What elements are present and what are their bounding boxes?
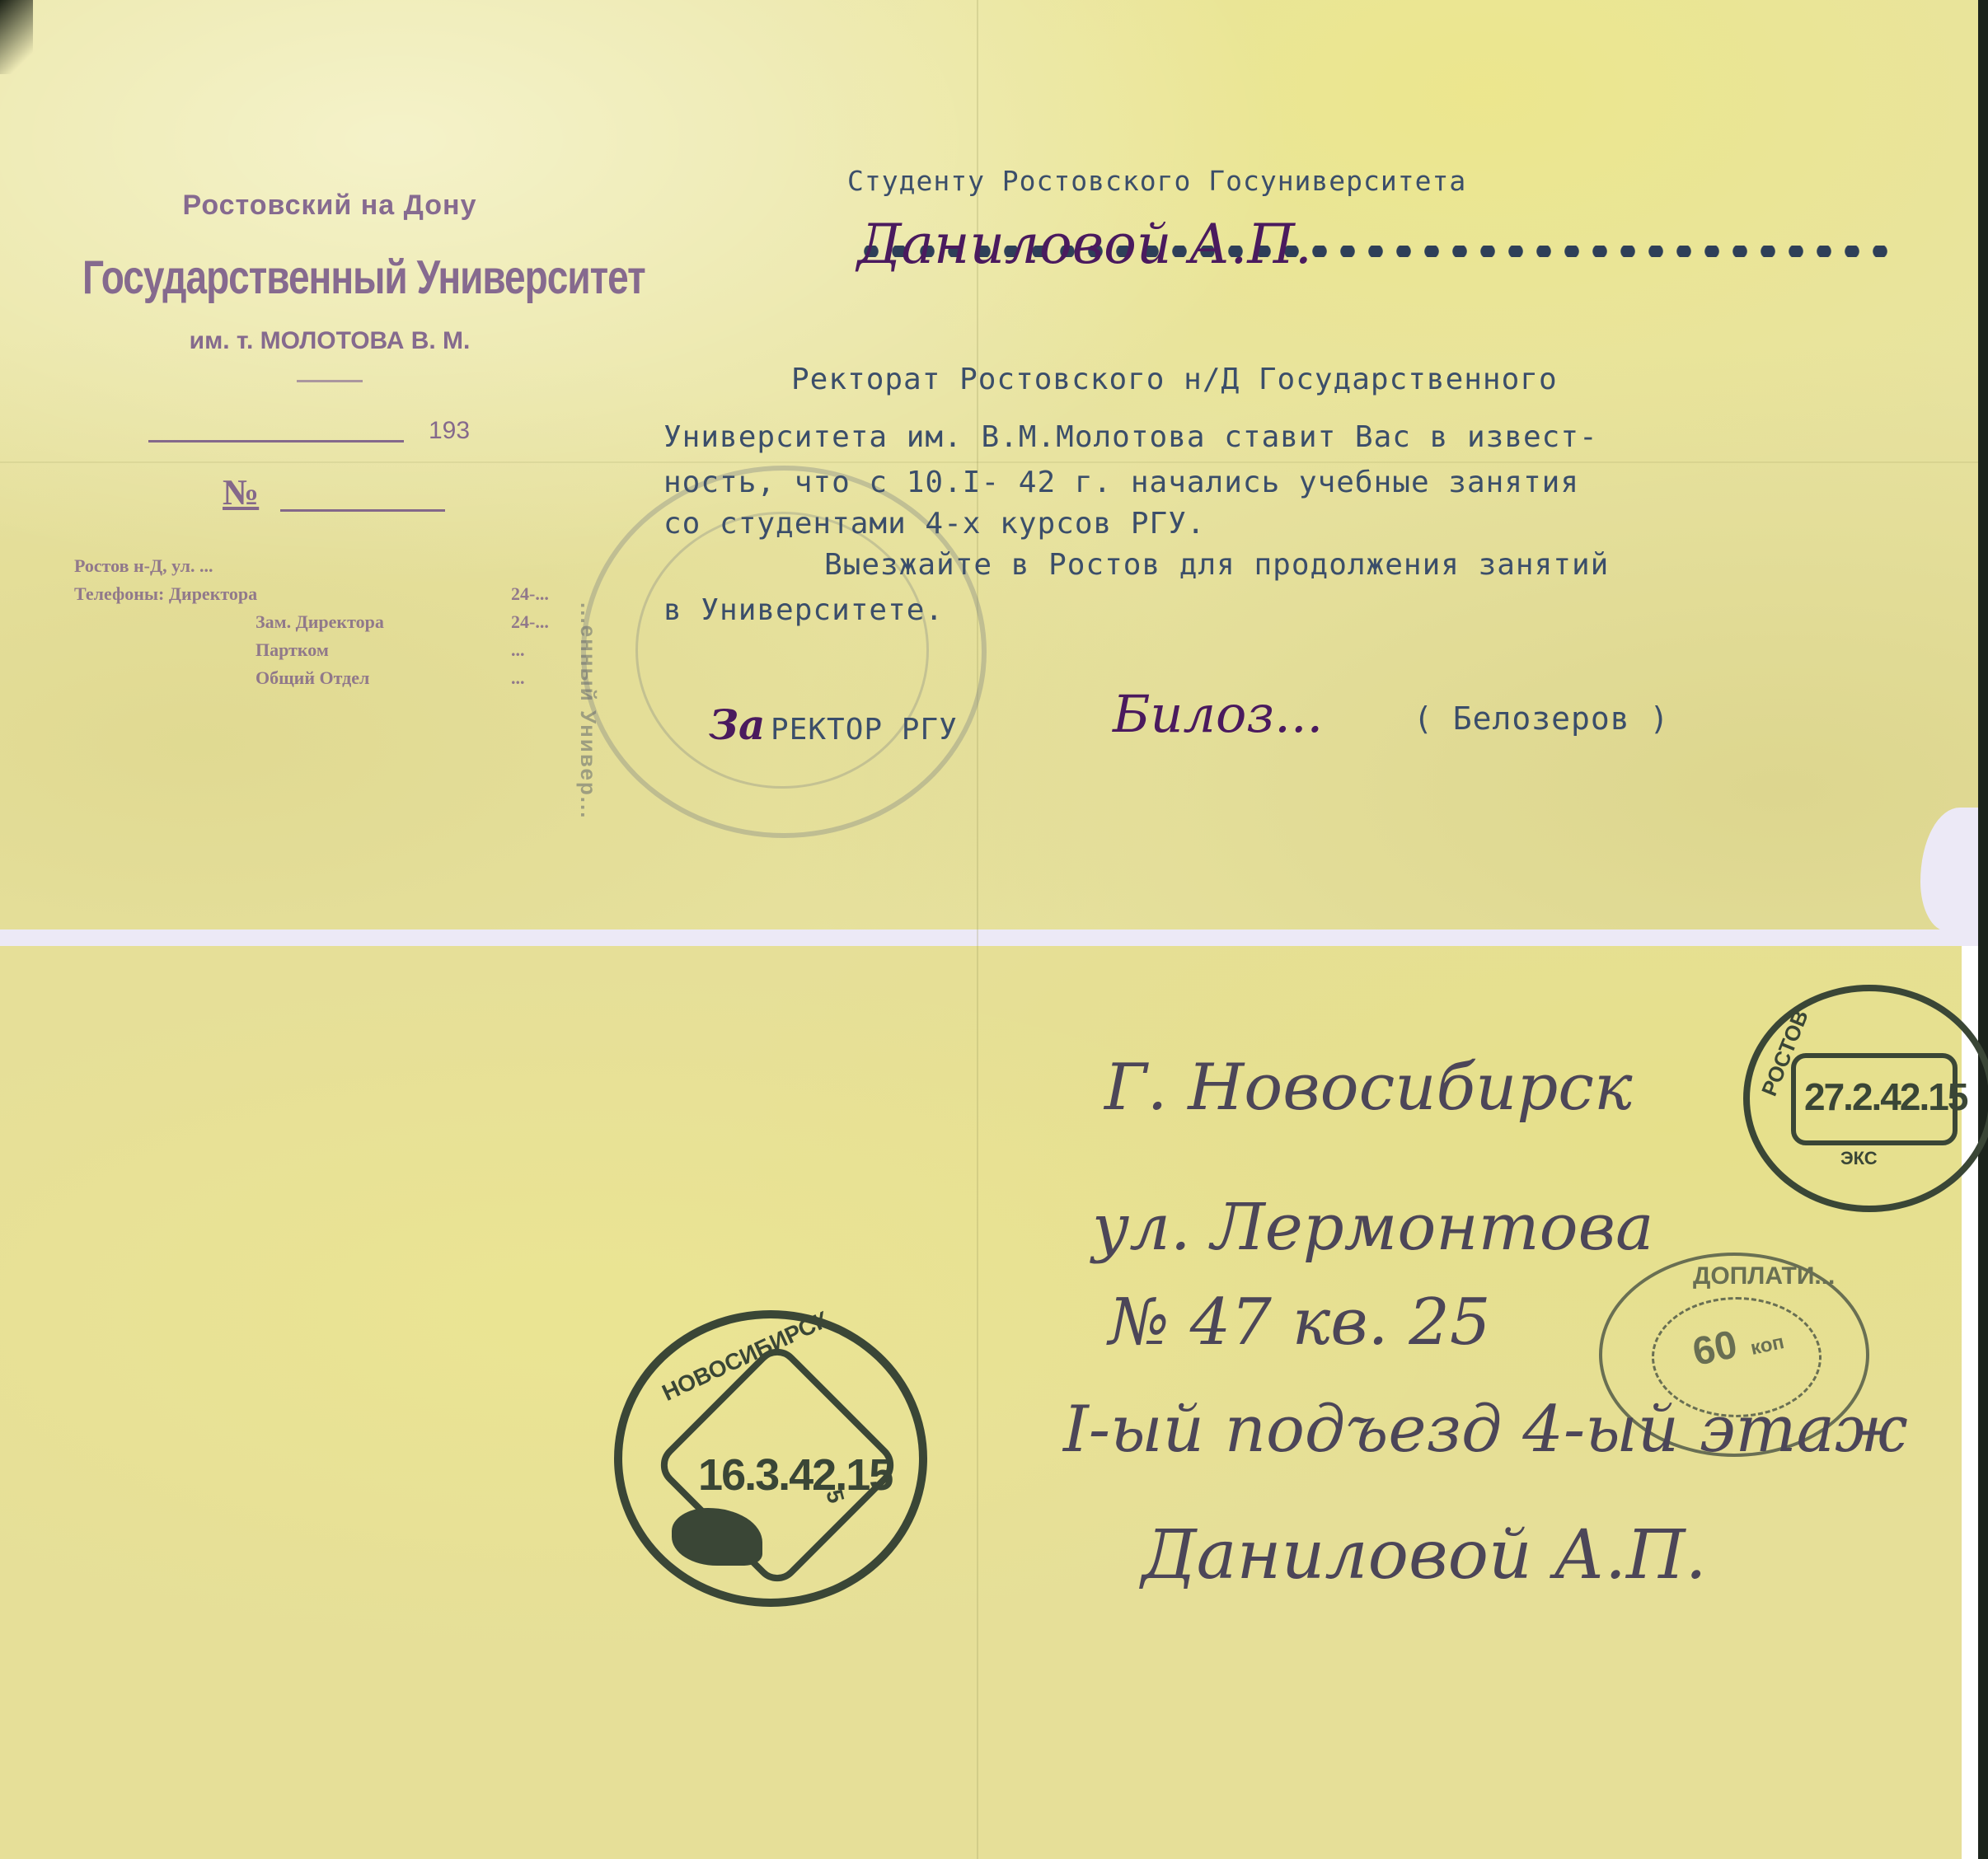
letterhead-line-1: Ростовский на Дону: [82, 190, 577, 222]
letterhead-divider: [297, 380, 363, 382]
postmark-novosibirsk: НОВОСИБИРСК 16.3.42.15 5: [614, 1310, 927, 1607]
number-blank-line: [280, 509, 445, 512]
postmark-rostov: 27.2.42.15 РОСТОВ ЭКС: [1743, 985, 1988, 1212]
envelope-street: ул. Лермонтова: [1092, 1191, 1654, 1265]
addressee-line: Студенту Ростовского Госуниверситета: [847, 165, 1466, 197]
body-line: Университета им. В.М.Молотова ставит Вас…: [663, 420, 1598, 454]
envelope-house-flat: № 47 кв. 25: [1109, 1285, 1490, 1360]
number-label: №: [223, 471, 259, 513]
contact-row: Зам. Директора24-...: [82, 608, 593, 636]
fold-crease-vertical: [977, 0, 978, 1859]
postmark-date-box: 27.2.42.15: [1791, 1053, 1958, 1145]
letterhead-line-2: Государственный Университет: [82, 249, 577, 305]
letterhead-stamp: Ростовский на Дону Государственный Униве…: [82, 190, 577, 521]
letterhead-line-3: им. т. МОЛОТОВА В. М.: [82, 327, 577, 355]
envelope-city: Г. Новосибирск: [1104, 1051, 1633, 1125]
envelope-entrance-floor: I-ый подъезд 4-ый этаж: [1063, 1393, 1908, 1467]
contact-row: Ростов н-Д, ул. ...: [82, 552, 593, 580]
body-line: со студентами 4-х курсов РГУ.: [663, 507, 1206, 541]
body-line: Ректорат Ростовского н/Д Государственног…: [791, 363, 1558, 396]
body-line: ность, что с 10.I- 42 г. начались учебны…: [663, 466, 1579, 499]
seal-text: ...енный Универ...: [575, 602, 601, 819]
scan-seam: [0, 929, 1988, 946]
contact-row: Телефоны: Директора24-...: [82, 580, 593, 608]
year-prefix: 193: [429, 417, 470, 445]
signature-prefix-handwritten: За: [709, 700, 765, 749]
postmark-detail: ЭКС: [1840, 1148, 1878, 1169]
postage-label: ДОПЛАТИ...: [1693, 1262, 1835, 1290]
letterhead-number-field: №: [82, 471, 577, 521]
postmark-date: 27.2.42.15: [1804, 1075, 1967, 1119]
postage-amount: 60: [1689, 1322, 1742, 1375]
body-line: в Университете.: [663, 593, 944, 627]
handwritten-signature: Билоз...: [1113, 684, 1323, 744]
contact-row: Партком...: [82, 636, 593, 664]
letterhead-date-field: 193: [82, 415, 577, 457]
body-line: Выезжайте в Ростов для продолжения занят…: [824, 548, 1609, 582]
letterhead-contacts: Ростов н-Д, ул. ... Телефоны: Директора2…: [82, 552, 593, 692]
date-blank-line: [148, 440, 404, 443]
signatory-title: РЕКТОР РГУ: [771, 713, 958, 747]
scan-shadow: [0, 0, 33, 74]
recipient-name-handwritten: Даниловой А.П.: [857, 213, 1312, 276]
envelope-recipient: Даниловой А.П.: [1142, 1516, 1707, 1594]
scan-edge: [1978, 0, 1988, 1859]
signatory-name: ( Белозеров ): [1414, 700, 1669, 737]
postmark-date: 16.3.42.15: [698, 1449, 892, 1501]
contact-row: Общий Отдел...: [82, 664, 593, 692]
